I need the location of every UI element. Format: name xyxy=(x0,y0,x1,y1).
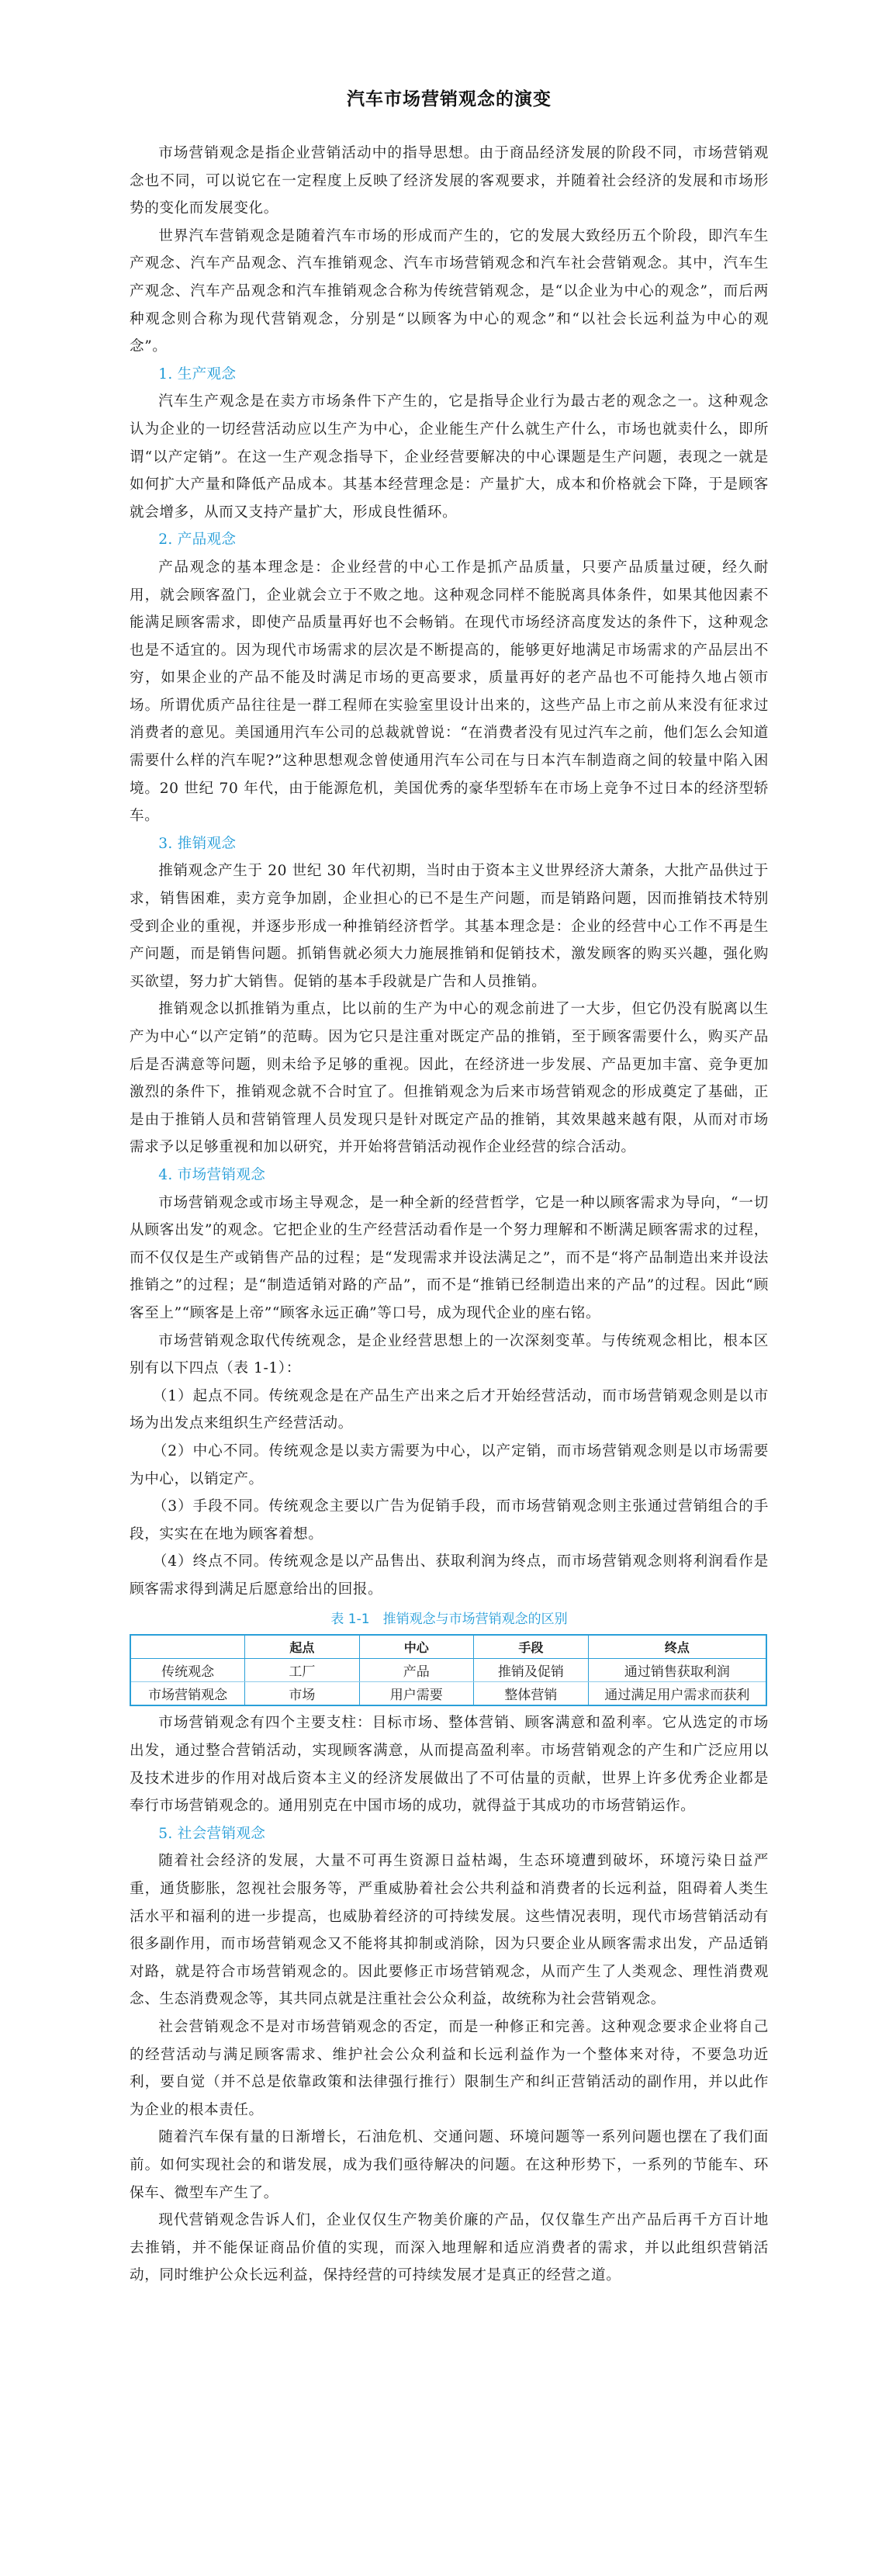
section-heading-marketing: 4. 市场营销观念 xyxy=(130,1162,769,1189)
section-5-paragraph-1: 随着社会经济的发展，大量不可再生资源日益枯竭，生态环境遭到破坏，环境污染日益严重… xyxy=(130,1847,769,2013)
table-cell: 通过满足用户需求而获利 xyxy=(588,1682,766,1706)
section-3-paragraph-2: 推销观念以抓推销为重点，比以前的生产为中心的观念前进了一大步，但它仍没有脱离以生… xyxy=(130,995,769,1162)
section-1-paragraph-1: 汽车生产观念是在卖方市场条件下产生的，它是指导企业行为最古老的观念之一。这种观念… xyxy=(130,388,769,526)
table-cell: 传统观念 xyxy=(130,1659,245,1682)
table-header-cell: 中心 xyxy=(359,1635,474,1659)
section-5-paragraph-4: 现代营销观念告诉人们，企业仅仅生产物美价廉的产品，仅仅靠生产出产品后再千方百计地… xyxy=(130,2207,769,2290)
section-heading-selling: 3. 推销观念 xyxy=(130,830,769,858)
table-caption: 表 1-1 推销观念与市场营销观念的区别 xyxy=(130,1608,769,1631)
intro-paragraph-1: 市场营销观念是指企业营销活动中的指导思想。由于商品经济发展的阶段不同，市场营销观… xyxy=(130,140,769,223)
section-5-paragraph-2: 社会营销观念不是对市场营销观念的否定，而是一种修正和完善。这种观念要求企业将自己… xyxy=(130,2013,769,2124)
section-heading-production: 1. 生产观念 xyxy=(130,361,769,389)
table-cell: 市场 xyxy=(245,1682,359,1706)
section-4-paragraph-2: 市场营销观念取代传统观念，是企业经营思想上的一次深刻变革。与传统观念相比，根本区… xyxy=(130,1328,769,1383)
section-heading-social-marketing: 5. 社会营销观念 xyxy=(130,1820,769,1848)
table-cell: 市场营销观念 xyxy=(130,1682,245,1706)
difference-list-item-1: （1）起点不同。传统观念是在产品生产出来之后才开始经营活动，而市场营销观念则是以… xyxy=(130,1383,769,1438)
section-heading-product: 2. 产品观念 xyxy=(130,526,769,554)
difference-list-item-4: （4）终点不同。传统观念是以产品售出、获取利润为终点，而市场营销观念则将利润看作… xyxy=(130,1548,769,1603)
table-cell: 用户需要 xyxy=(359,1682,474,1706)
section-5-paragraph-3: 随着汽车保有量的日渐增长，石油危机、交通问题、环境问题等一系列问题也摆在了我们面… xyxy=(130,2124,769,2207)
table-header-cell: 手段 xyxy=(474,1635,589,1659)
table-cell: 整体营销 xyxy=(474,1682,589,1706)
table-header-cell: 终点 xyxy=(588,1635,766,1659)
table-row: 传统观念 工厂 产品 推销及促销 通过销售获取利润 xyxy=(130,1659,766,1682)
section-4-paragraph-after-table: 市场营销观念有四个主要支柱：目标市场、整体营销、顾客满意和盈利率。它从选定的市场… xyxy=(130,1709,769,1819)
section-3-paragraph-1: 推销观念产生于 20 世纪 30 年代初期，当时由于资本主义世界经济大萧条，大批… xyxy=(130,857,769,995)
comparison-table: 起点 中心 手段 终点 传统观念 工厂 产品 推销及促销 通过销售获取利润 市场… xyxy=(130,1634,767,1706)
intro-paragraph-2: 世界汽车营销观念是随着汽车市场的形成而产生的，它的发展大致经历五个阶段，即汽车生… xyxy=(130,223,769,361)
difference-list-item-3: （3）手段不同。传统观念主要以广告为促销手段，而市场营销观念则主张通过营销组合的… xyxy=(130,1493,769,1548)
section-4-paragraph-1: 市场营销观念或市场主导观念，是一种全新的经营哲学，它是一种以顾客需求为导向，“一… xyxy=(130,1189,769,1328)
table-cell: 推销及促销 xyxy=(474,1659,589,1682)
table-cell: 通过销售获取利润 xyxy=(588,1659,766,1682)
table-header-cell xyxy=(130,1635,245,1659)
table-cell: 产品 xyxy=(359,1659,474,1682)
table-cell: 工厂 xyxy=(245,1659,359,1682)
page-title: 汽车市场营销观念的演变 xyxy=(130,84,769,115)
document-page: 汽车市场营销观念的演变 市场营销观念是指企业营销活动中的指导思想。由于商品经济发… xyxy=(130,84,769,2290)
section-2-paragraph-1: 产品观念的基本理念是：企业经营的中心工作是抓产品质量，只要产品质量过硬，经久耐用… xyxy=(130,554,769,830)
table-row: 市场营销观念 市场 用户需要 整体营销 通过满足用户需求而获利 xyxy=(130,1682,766,1706)
table-header-row: 起点 中心 手段 终点 xyxy=(130,1635,766,1659)
difference-list-item-2: （2）中心不同。传统观念是以卖方需要为中心，以产定销，而市场营销观念则是以市场需… xyxy=(130,1438,769,1493)
table-header-cell: 起点 xyxy=(245,1635,359,1659)
